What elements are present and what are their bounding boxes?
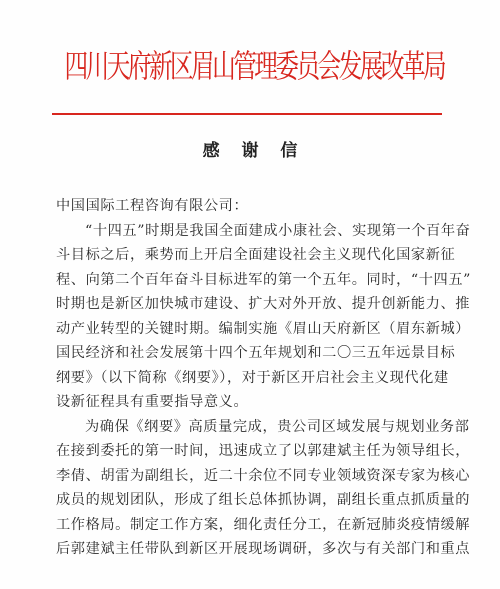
- paragraph-2-line-2: 在接到委托的第一时间，迅速成立了以郭建斌主任为领导组长，: [56, 439, 456, 464]
- letter-body: 中国国际工程咨询有限公司： “十四五”时期是我国全面建成小康社会、实现第一个百年…: [56, 194, 456, 562]
- letterhead-divider: [52, 113, 442, 115]
- paragraph-2-line-4: 成员的规划团队，形成了组长总体抓协调，副组长重点抓质量的: [56, 488, 456, 513]
- paragraph-2-line-3: 李倩、胡雷为副组长，近二十余位不同专业领域资深专家为核心: [56, 464, 456, 489]
- paragraph-1-line-3: 程、向第二个百年奋斗目标进军的第一个五年。同时，“十四五”: [56, 268, 456, 293]
- paragraph-1-line-5: 动产业转型的关键时期。编制实施《眉山天府新区（眉东新城）: [56, 317, 456, 342]
- paragraph-1-line-4: 时期也是新区加快城市建设、扩大对外开放、提升创新能力、推: [56, 292, 456, 317]
- paragraph-1-line-8: 设新征程具有重要指导意义。: [56, 390, 456, 415]
- paragraph-2-line-1: 为确保《纲要》高质量完成，贵公司区域发展与规划业务部: [56, 415, 456, 440]
- paragraph-1-line-1: “十四五”时期是我国全面建成小康社会、实现第一个百年奋: [56, 219, 456, 244]
- salutation: 中国国际工程咨询有限公司：: [56, 194, 456, 219]
- paragraph-1-line-2: 斗目标之后，乘势而上开启全面建设社会主义现代化国家新征: [56, 243, 456, 268]
- document-title: 感 谢 信: [0, 136, 500, 161]
- paragraph-1-line-7: 纲要》（以下简称《纲要》），对于新区开启社会主义现代化建: [56, 366, 456, 391]
- letter-page: 四川天府新区眉山管理委员会发展改革局 感 谢 信 中国国际工程咨询有限公司： “…: [0, 0, 500, 589]
- letterhead-organization: 四川天府新区眉山管理委员会发展改革局: [64, 44, 434, 88]
- paragraph-2-line-5: 工作格局。制定工作方案，细化责任分工，在新冠肺炎疫情缓解: [56, 513, 456, 538]
- paragraph-1-line-6: 国民经济和社会发展第十四个五年规划和二〇三五年远景目标: [56, 341, 456, 366]
- paragraph-2-line-6: 后郭建斌主任带队到新区开展现场调研，多次与有关部门和重点: [56, 537, 456, 562]
